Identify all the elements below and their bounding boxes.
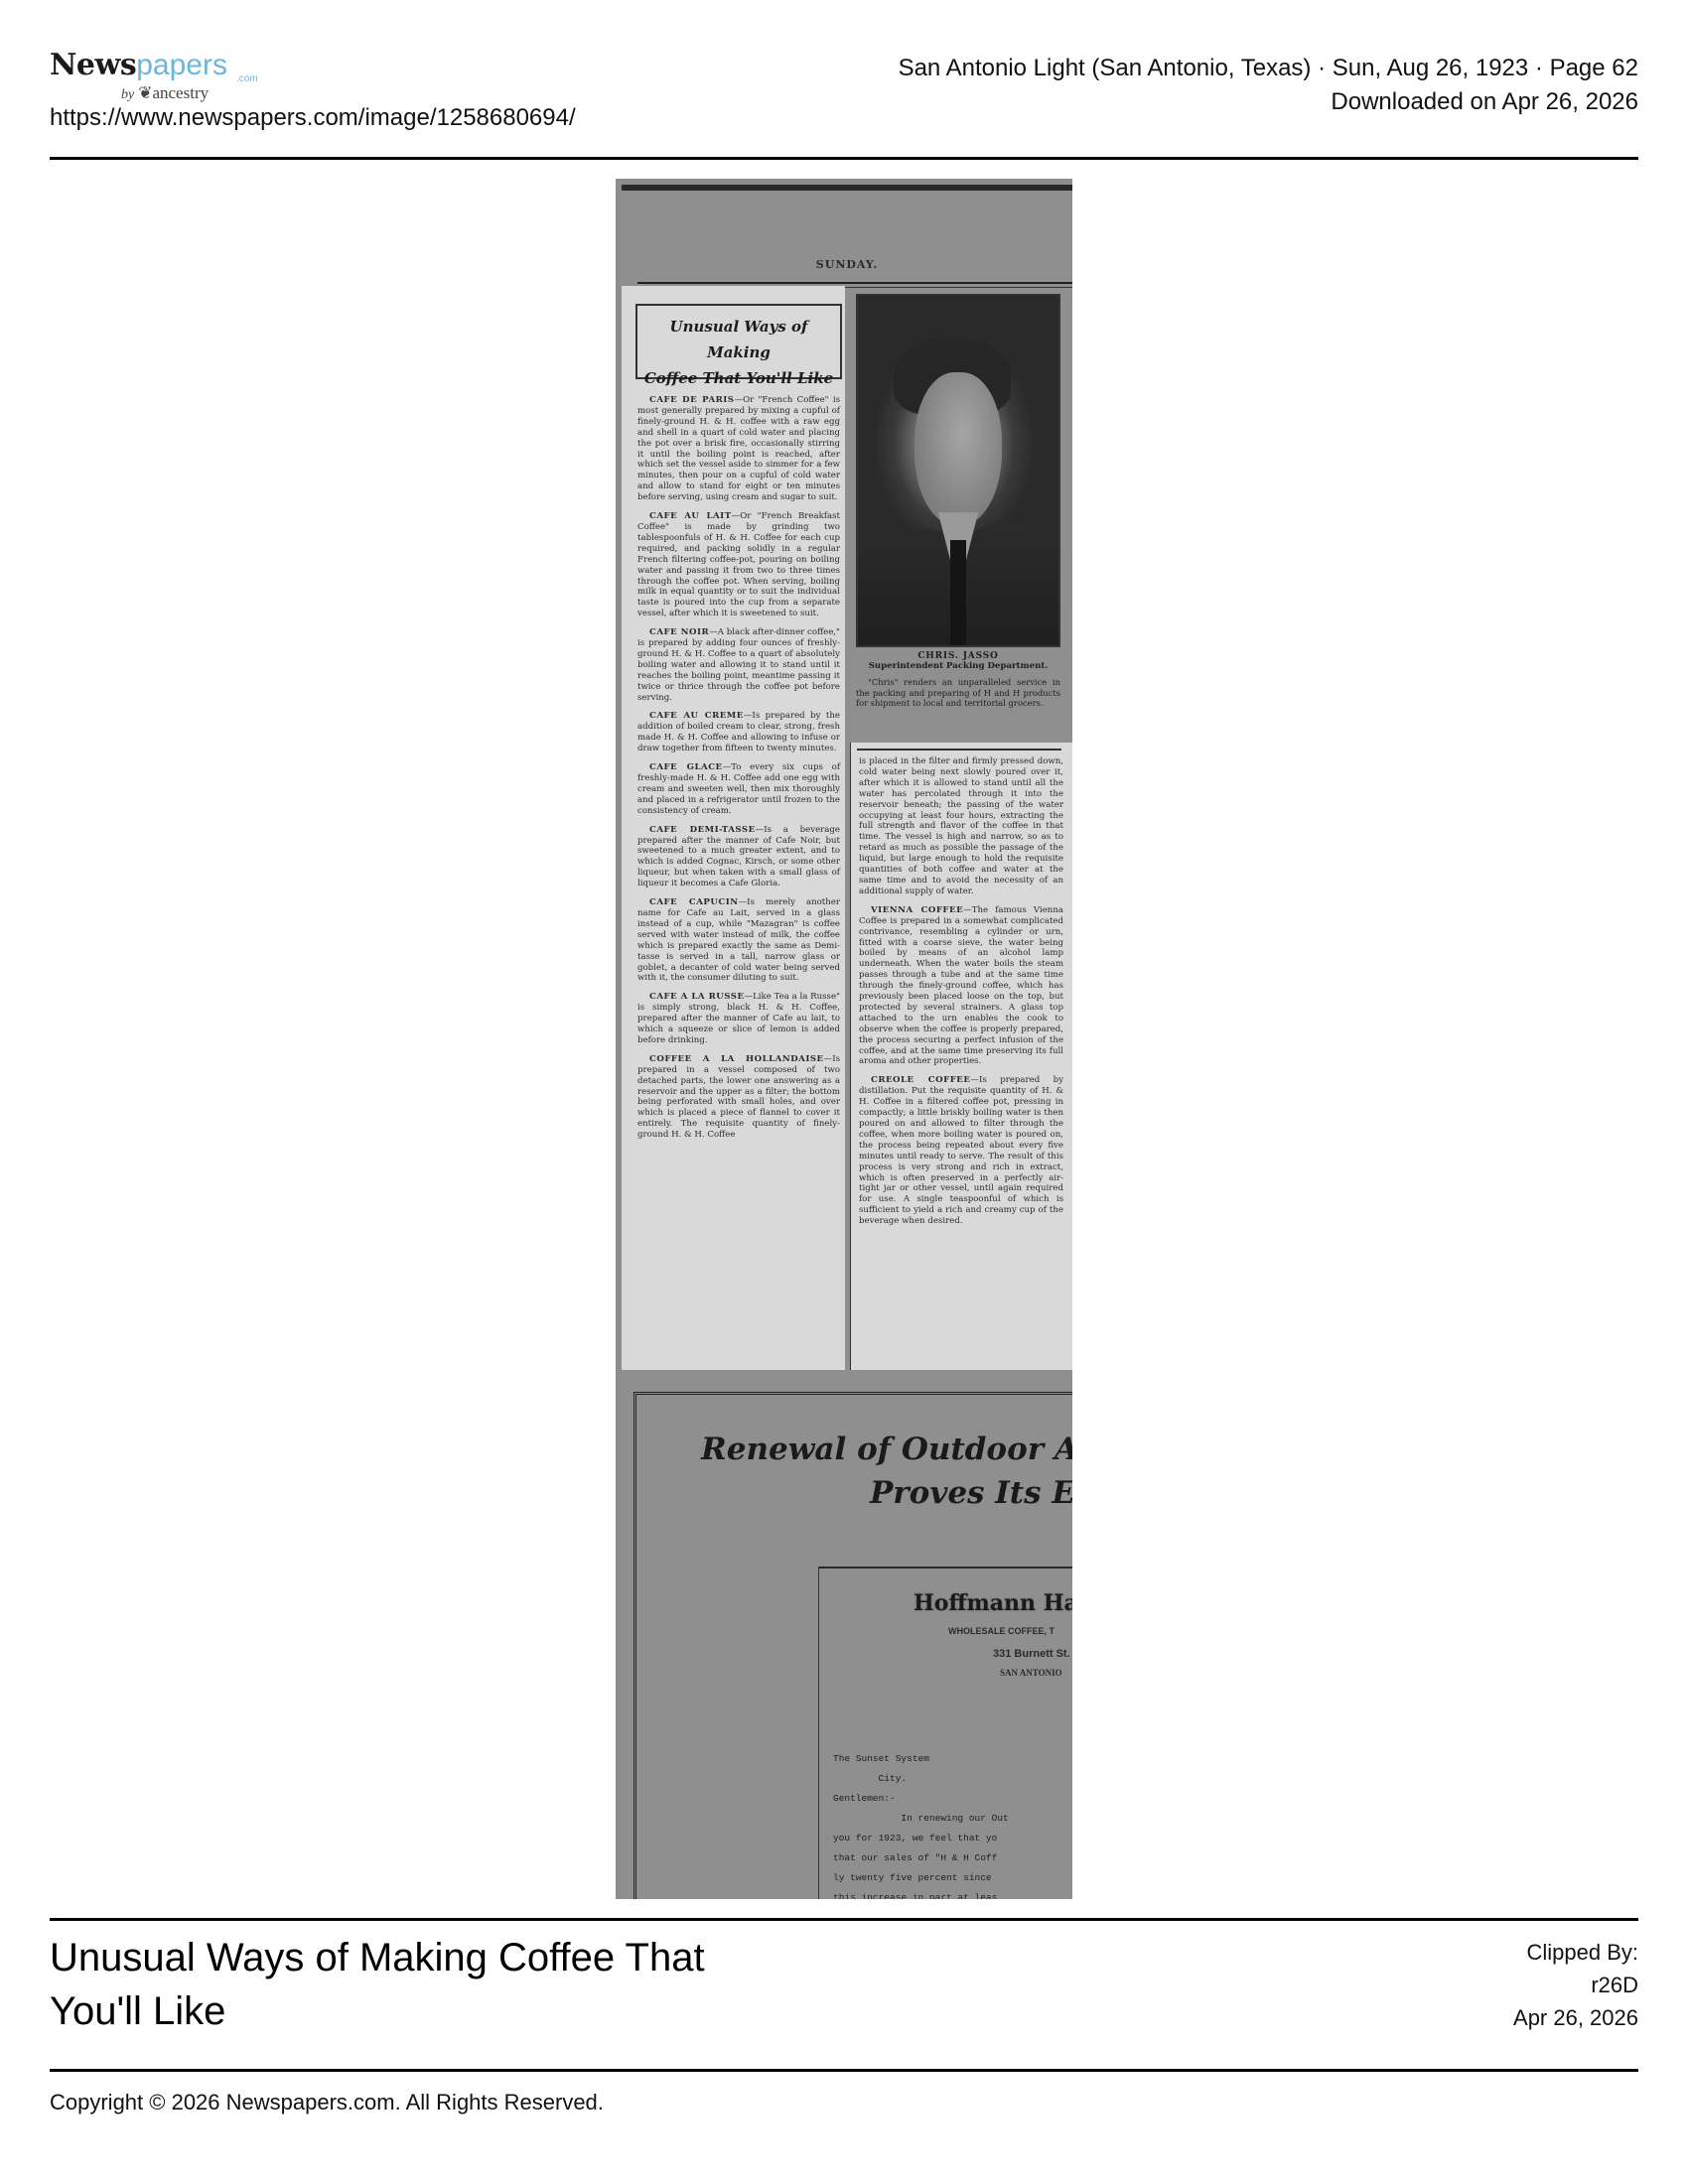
caption-title: Superintendent Packing Department. — [856, 661, 1060, 671]
clipped-by-user[interactable]: r26D — [1513, 1969, 1638, 2001]
article-right-column: is placed in the filter and firmly press… — [850, 743, 1072, 1370]
ad-headline-2: Proves Its E — [870, 1475, 1072, 1511]
letter-body: The Sunset System City. Gentlemen:- In r… — [833, 1749, 1009, 1899]
ancestry-leaf-icon: ❦ — [138, 83, 152, 102]
scan-top-edge — [622, 185, 1072, 191]
logo-by-text: by — [121, 87, 134, 102]
newspapers-logo[interactable]: Newspapers .com by❦ancestry — [50, 48, 258, 107]
paragraph: CREOLE COFFEE—Is prepared by distillatio… — [859, 1075, 1063, 1227]
logo-by-ancestry: by❦ancestry — [121, 83, 209, 103]
paragraph: CAFE AU LAIT—Or "French Breakfast Coffee… — [637, 511, 840, 619]
headline-line-2: Coffee That You'll Like — [637, 365, 840, 391]
logo-news-word: News — [50, 48, 136, 82]
article-left-column: Unusual Ways of Making Coffee That You'l… — [622, 286, 845, 1370]
logo-com: .com — [236, 73, 258, 84]
clipped-by-info: Clipped By: r26D Apr 26, 2026 — [1513, 1936, 1638, 2034]
footer-top-divider — [50, 1918, 1638, 1921]
image-url[interactable]: https://www.newspapers.com/image/1258680… — [50, 104, 576, 132]
newspaper-clipping-image: SUNDAY. Unusual Ways of Making Coffee Th… — [616, 179, 1072, 1899]
article-headline-box: Unusual Ways of Making Coffee That You'l… — [635, 304, 842, 379]
ad-letter-reproduction: Hoffmann Hay WHOLESALE COFFEE, T 331 Bur… — [818, 1567, 1072, 1899]
paragraph: CAFE DEMI-TASSE—Is a beverage prepared a… — [637, 825, 840, 889]
letterhead-company: Hoffmann Hay — [914, 1590, 1072, 1616]
article-headline: Unusual Ways of Making Coffee That You'l… — [637, 306, 840, 391]
paragraph: CAFE GLACE—To every six cups of freshly-… — [637, 762, 840, 817]
caption-name: CHRIS. JASSO — [856, 651, 1060, 661]
logo-papers-word: papers — [136, 49, 227, 81]
publication-info: San Antonio Light (San Antonio, Texas) ·… — [899, 52, 1638, 119]
paragraph: CAFE AU CREME—Is prepared by the additio… — [637, 711, 840, 754]
page-section-label: SUNDAY. — [622, 258, 1072, 271]
letterhead-city: SAN ANTONIO — [1000, 1668, 1062, 1678]
right-column-text: is placed in the filter and firmly press… — [859, 756, 1063, 1235]
publication-title-date: San Antonio Light (San Antonio, Texas) ·… — [899, 52, 1638, 85]
paragraph: CAFE DE PARIS—Or "French Coffee" is most… — [637, 395, 840, 503]
left-column-text: CAFE DE PARIS—Or "French Coffee" is most… — [637, 395, 840, 1149]
footer-bottom-divider — [50, 2069, 1638, 2072]
header-divider — [50, 157, 1638, 160]
paragraph: is placed in the filter and firmly press… — [859, 756, 1063, 897]
headline-line-1: Unusual Ways of Making — [637, 314, 840, 365]
clipping-scan: SUNDAY. Unusual Ways of Making Coffee Th… — [622, 185, 1072, 1899]
copyright-notice: Copyright © 2026 Newspapers.com. All Rig… — [50, 2090, 604, 2116]
paragraph: CAFE CAPUCIN—Is merely another name for … — [637, 897, 840, 984]
clipping-title: Unusual Ways of Making Coffee That You'l… — [50, 1931, 804, 2038]
logo-ancestry-text: ancestry — [152, 83, 209, 102]
paragraph: COFFEE A LA HOLLANDAISE—Is prepared in a… — [637, 1054, 840, 1141]
caption-body: "Chris" renders an unparalleled service … — [856, 677, 1060, 709]
ad-headline-1: Renewal of Outdoor A — [701, 1432, 1072, 1467]
letterhead-subtitle: WHOLESALE COFFEE, T — [948, 1626, 1055, 1636]
paragraph: CAFE A LA RUSSE—Like Tea a la Russe" is … — [637, 992, 840, 1046]
letterhead-address: 331 Burnett St. — [993, 1648, 1070, 1660]
photo-caption: CHRIS. JASSO Superintendent Packing Depa… — [856, 651, 1060, 709]
clipped-date: Apr 26, 2026 — [1513, 2001, 1638, 2034]
paragraph: VIENNA COFFEE—The famous Vienna Coffee i… — [859, 905, 1063, 1068]
clipped-by-label: Clipped By: — [1513, 1936, 1638, 1969]
download-date: Downloaded on Apr 26, 2026 — [899, 85, 1638, 119]
portrait-photo — [856, 294, 1060, 647]
paragraph: CAFE NOIR—A black after-dinner coffee," … — [637, 627, 840, 703]
